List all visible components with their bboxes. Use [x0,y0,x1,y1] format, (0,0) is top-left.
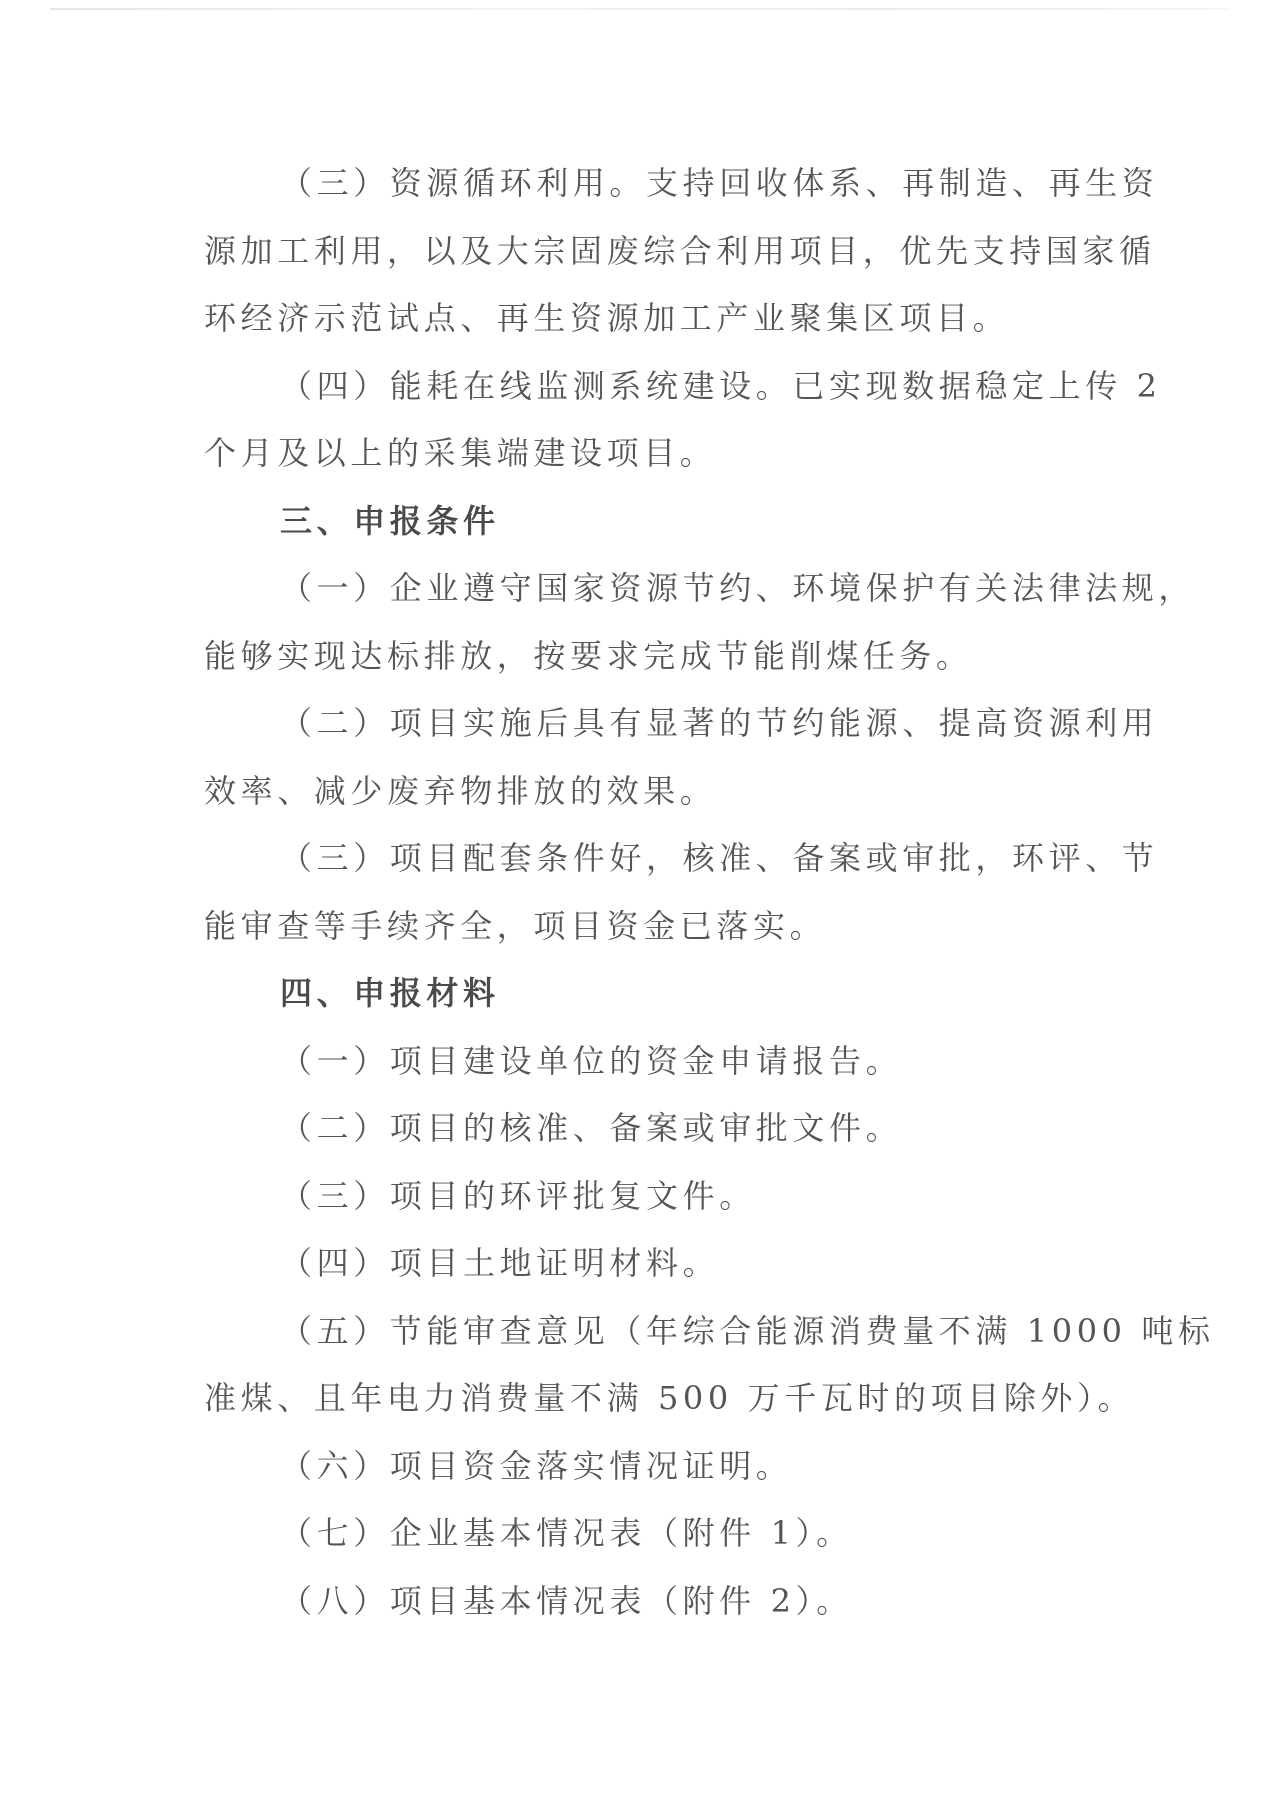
paragraph-line: 能够实现达标排放，按要求完成节能削煤任务。 [204,629,1116,697]
condition-item-1: （一）企业遵守国家资源节约、环境保护有关法律法规， [204,561,1116,629]
section-heading-conditions: 三、申报条件 [204,494,1116,562]
paragraph-resource-recycling: （三）资源循环利用。支持回收体系、再制造、再生资 [204,156,1116,224]
material-item-6: （六）项目资金落实情况证明。 [204,1439,1116,1507]
material-item-7: （七）企业基本情况表（附件 1）。 [204,1506,1116,1574]
document-page: （三）资源循环利用。支持回收体系、再制造、再生资 源加工利用，以及大宗固废综合利… [204,156,1116,1641]
paragraph-line: 准煤、且年电力消费量不满 500 万千瓦时的项目除外）。 [204,1371,1116,1439]
condition-item-2: （二）项目实施后具有显著的节约能源、提高资源利用 [204,696,1116,764]
paragraph-line: 个月及以上的采集端建设项目。 [204,426,1116,494]
material-item-8: （八）项目基本情况表（附件 2）。 [204,1574,1116,1642]
scan-edge-line [50,8,1230,10]
material-item-1: （一）项目建设单位的资金申请报告。 [204,1034,1116,1102]
paragraph-line: 源加工利用，以及大宗固废综合利用项目，优先支持国家循 [204,224,1116,292]
paragraph-line: 效率、减少废弃物排放的效果。 [204,764,1116,832]
paragraph-energy-monitoring: （四）能耗在线监测系统建设。已实现数据稳定上传 2 [204,359,1116,427]
material-item-3: （三）项目的环评批复文件。 [204,1169,1116,1237]
paragraph-line: 能审查等手续齐全，项目资金已落实。 [204,899,1116,967]
material-item-2: （二）项目的核准、备案或审批文件。 [204,1101,1116,1169]
material-item-4: （四）项目土地证明材料。 [204,1236,1116,1304]
paragraph-line: 环经济示范试点、再生资源加工产业聚集区项目。 [204,291,1116,359]
condition-item-3: （三）项目配套条件好，核准、备案或审批，环评、节 [204,831,1116,899]
material-item-5: （五）节能审查意见（年综合能源消费量不满 1000 吨标 [204,1304,1116,1372]
section-heading-materials: 四、申报材料 [204,966,1116,1034]
